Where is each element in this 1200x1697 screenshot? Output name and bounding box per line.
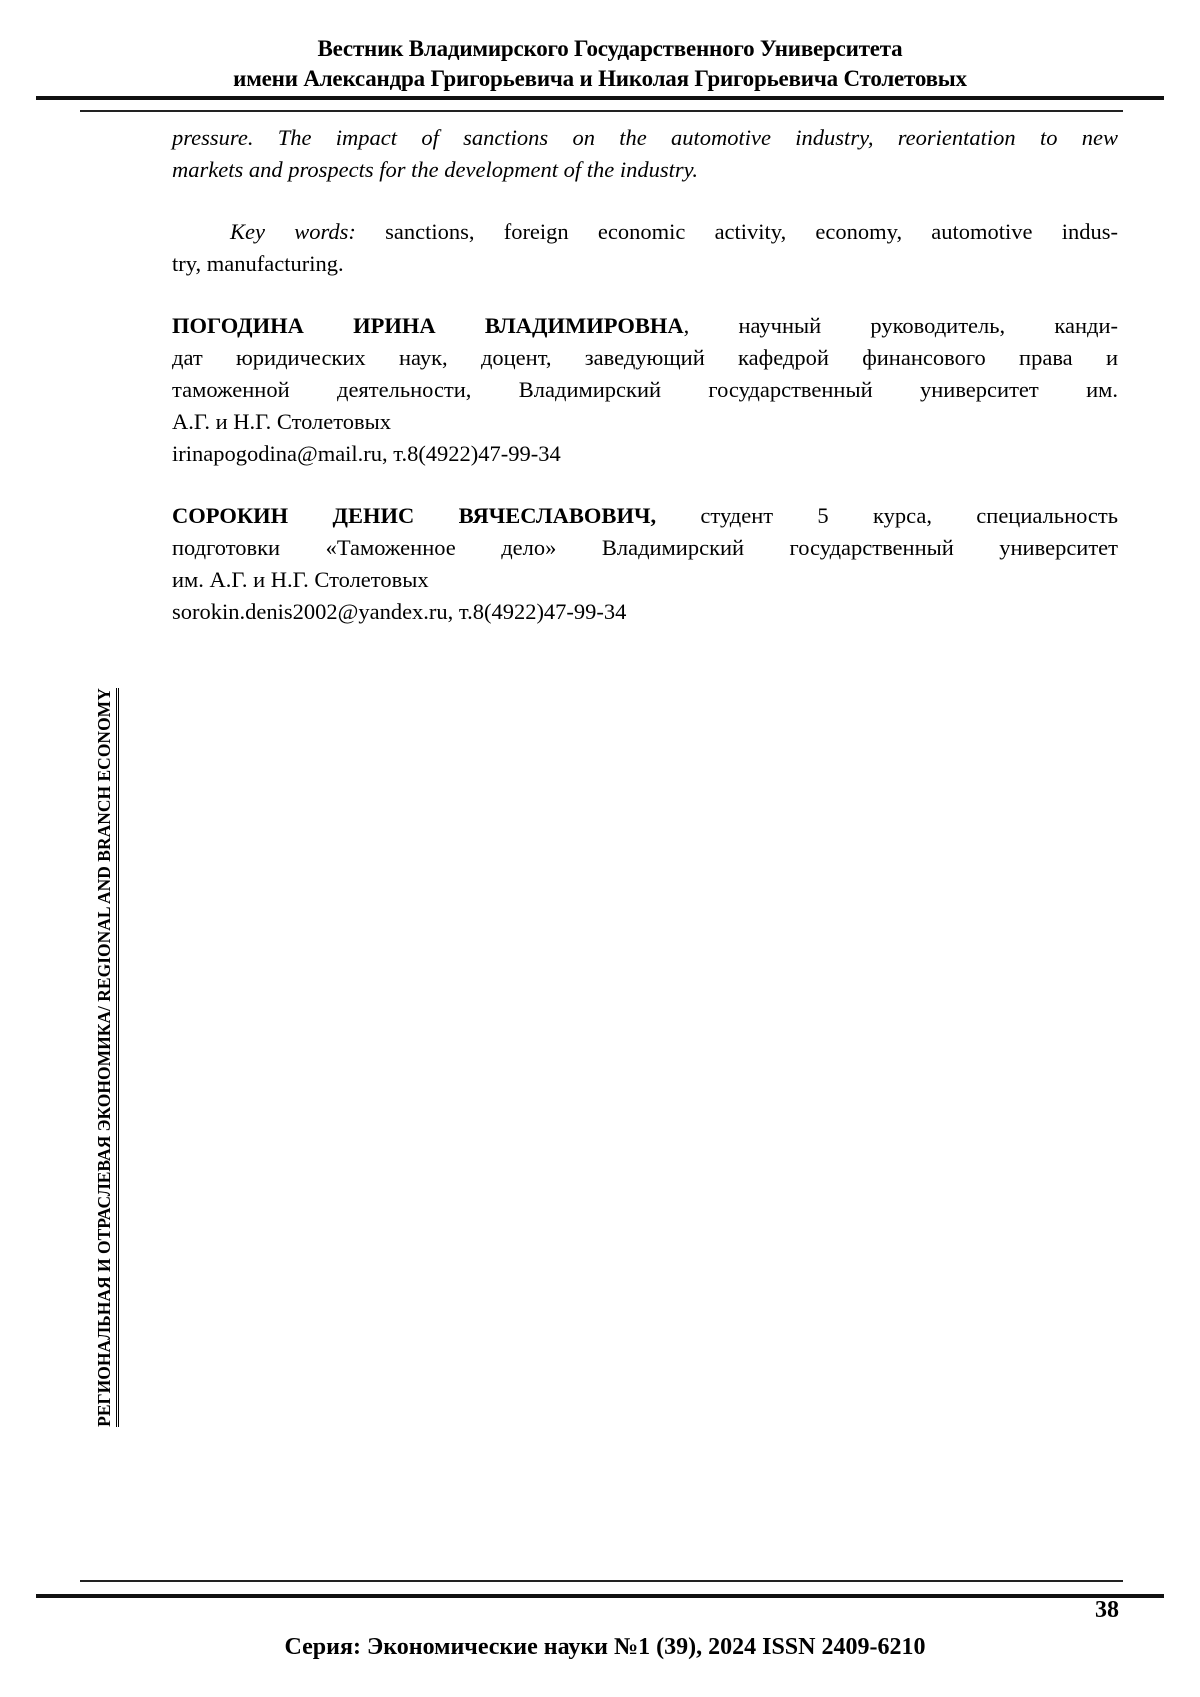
keywords-text: sanctions, foreign economic activity, ec… — [356, 219, 1118, 244]
abstract-line-2: markets and prospects for the developmen… — [172, 154, 1118, 186]
author-line-1: СОРОКИН ДЕНИС ВЯЧЕСЛАВОВИЧ, студент 5 ку… — [172, 500, 1118, 532]
author-block-pogodina: ПОГОДИНА ИРИНА ВЛАДИМИРОВНА, научный рук… — [172, 310, 1118, 470]
author-contact: sorokin.denis2002@yandex.ru, т.8(4922)47… — [172, 596, 1118, 628]
author-desc-line: им. А.Г. и Н.Г. Столетовых — [172, 564, 1118, 596]
section-title: РЕГИОНАЛЬНАЯ И ОТРАСЛЕВАЯ ЭКОНОМИКА/ REG… — [93, 688, 119, 1427]
author-line-1: ПОГОДИНА ИРИНА ВЛАДИМИРОВНА, научный рук… — [172, 310, 1118, 342]
page-number: 38 — [1095, 1597, 1119, 1624]
footer-rule-thin — [80, 1580, 1123, 1582]
section-sidebar-label: РЕГИОНАЛЬНАЯ И ОТРАСЛЕВАЯ ЭКОНОМИКА/ REG… — [93, 585, 119, 1530]
series-line: Серия: Экономические науки №1 (39), 2024… — [0, 1634, 1200, 1661]
keywords-line-2: try, manufacturing. — [172, 248, 1118, 280]
journal-header: Вестник Владимирского Государственного У… — [0, 34, 1200, 94]
author-contact: irinapogodina@mail.ru, т.8(4922)47-99-34 — [172, 438, 1118, 470]
abstract-line-1: pressure. The impact of sanctions on the… — [172, 122, 1118, 154]
author-desc-line: А.Г. и Н.Г. Столетовых — [172, 406, 1118, 438]
footer-rule-thick — [36, 1594, 1164, 1598]
journal-title-line-1: Вестник Владимирского Государственного У… — [0, 34, 1200, 64]
keywords-line-1: Key words: sanctions, foreign economic a… — [172, 216, 1118, 248]
author-name: СОРОКИН ДЕНИС ВЯЧЕСЛАВОВИЧ, — [172, 503, 656, 528]
journal-title-line-2: имени Александра Григорьевича и Николая … — [0, 64, 1200, 94]
keywords-label: Key words: — [230, 219, 356, 244]
author-desc-line: дат юридических наук, доцент, заведующий… — [172, 342, 1118, 374]
article-body: pressure. The impact of sanctions on the… — [172, 122, 1118, 628]
header-rule-thin — [80, 110, 1123, 112]
header-rule-thick — [36, 96, 1164, 100]
author-desc-line: подготовки «Таможенное дело» Владимирски… — [172, 532, 1118, 564]
author-block-sorokin: СОРОКИН ДЕНИС ВЯЧЕСЛАВОВИЧ, студент 5 ку… — [172, 500, 1118, 628]
author-name: ПОГОДИНА ИРИНА ВЛАДИМИРОВНА — [172, 313, 684, 338]
author-desc-line: таможенной деятельности, Владимирский го… — [172, 374, 1118, 406]
